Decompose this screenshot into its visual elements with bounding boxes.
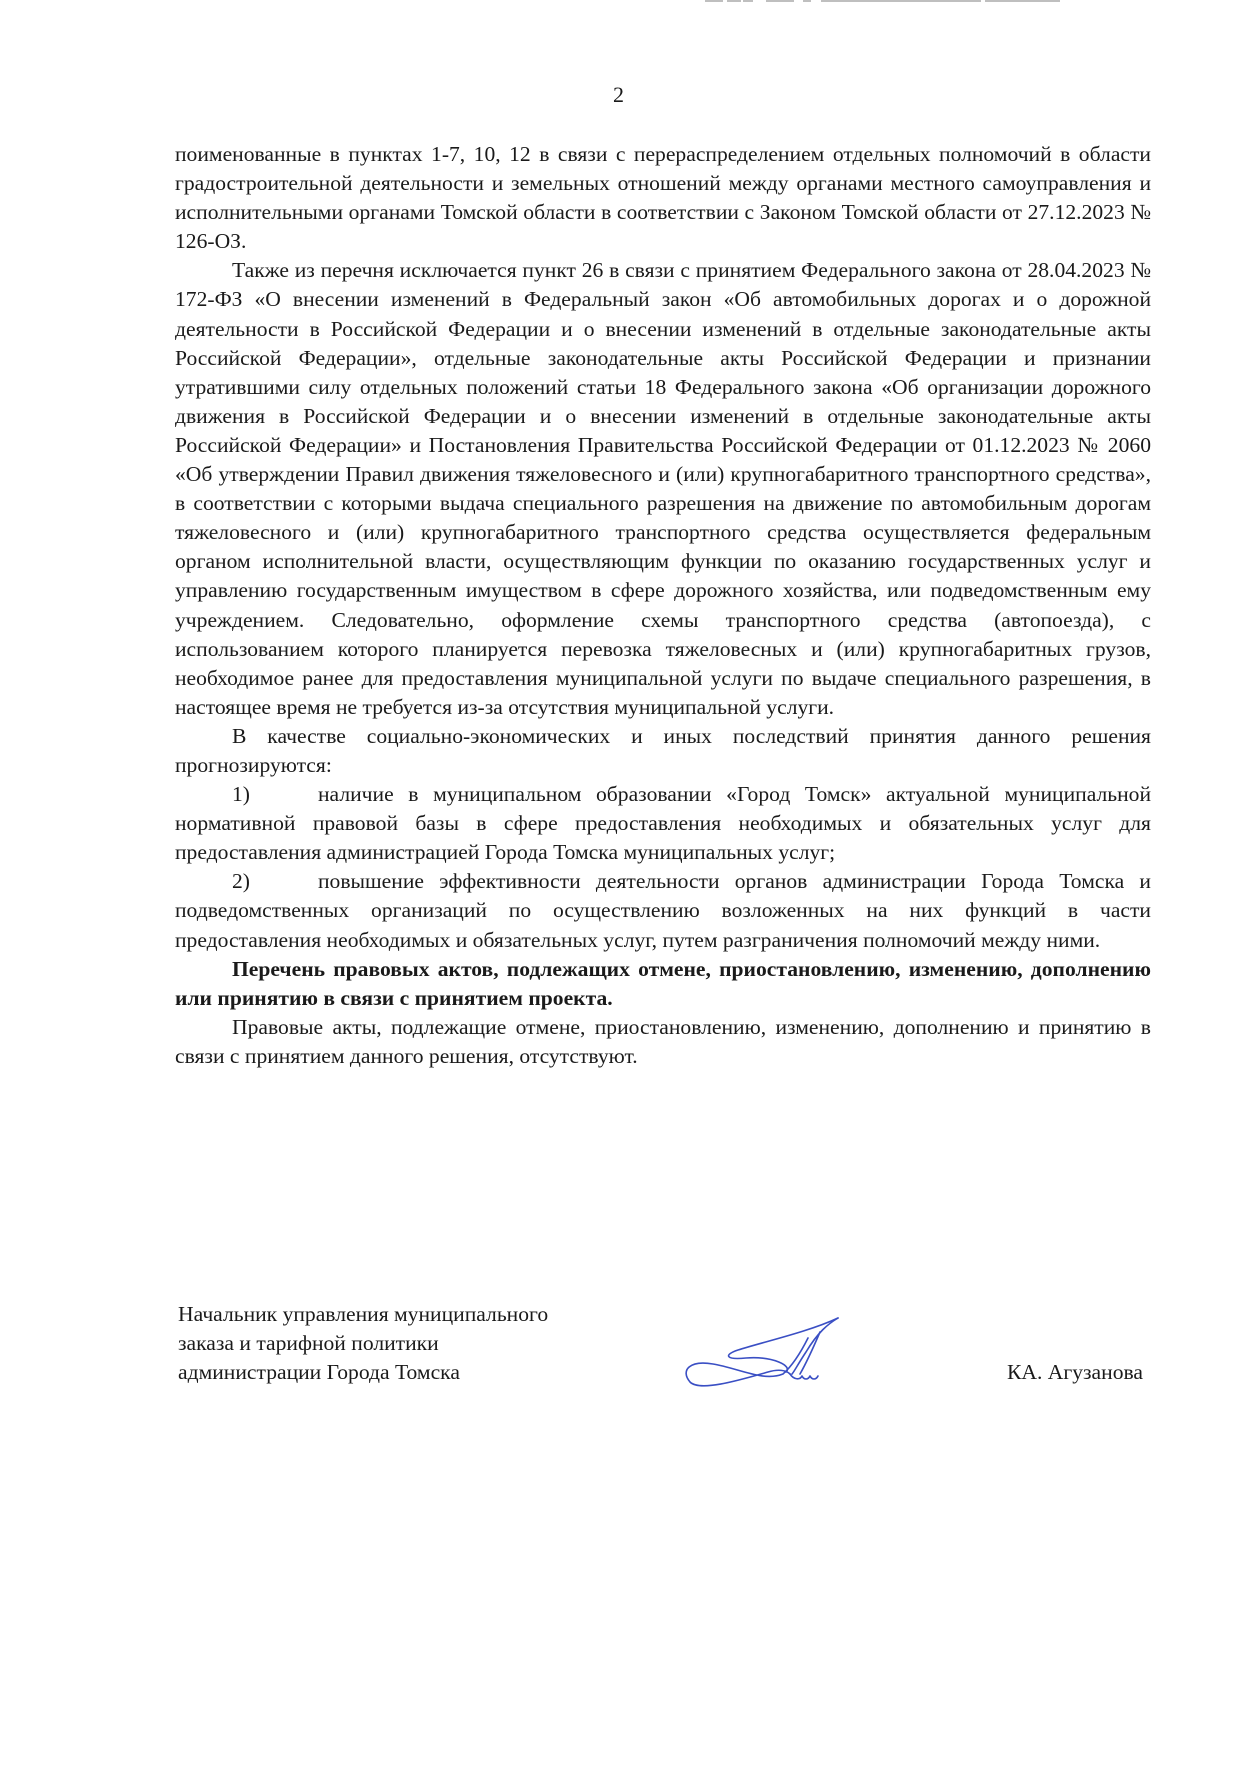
list-text: повышение эффективности деятельности орг… [175,869,1151,951]
scan-artifact [985,0,1060,2]
page-number: 2 [0,82,1237,108]
list-item-1: 1)наличие в муниципальном образовании «Г… [175,780,1151,867]
scan-artifact [727,0,741,2]
scan-artifact [821,0,981,2]
paragraph-continuation: поименованные в пунктах 1-7, 10, 12 в св… [175,140,1151,256]
signer-name: КА. Агузанова [1007,1358,1143,1387]
signer-title-line: Начальник управления муниципального [178,1300,638,1329]
document-body: поименованные в пунктах 1-7, 10, 12 в св… [175,140,1151,1071]
list-number: 1) [232,780,318,809]
signer-title-line: администрации Города Томска [178,1358,638,1387]
scan-artifact [743,0,753,2]
scan-artifact [705,0,723,2]
scan-artifact [766,0,794,2]
handwritten-signature-icon [668,1302,868,1402]
list-text: наличие в муниципальном образовании «Гор… [175,782,1151,864]
paragraph-legal-acts: Правовые акты, подлежащие отмене, приост… [175,1013,1151,1071]
list-item-2: 2)повышение эффективности деятельности о… [175,867,1151,954]
signer-title-line: заказа и тарифной политики [178,1329,638,1358]
scan-artifact [803,0,811,2]
signature-block: Начальник управления муниципального зака… [178,1300,1158,1410]
section-heading: Перечень правовых актов, подлежащих отме… [175,955,1151,1013]
paragraph-exclusion-item-26: Также из перечня исключается пункт 26 в … [175,256,1151,722]
list-number: 2) [232,867,318,896]
signer-title: Начальник управления муниципального зака… [178,1300,638,1387]
paragraph-consequences-intro: В качестве социально-экономических и ины… [175,722,1151,780]
